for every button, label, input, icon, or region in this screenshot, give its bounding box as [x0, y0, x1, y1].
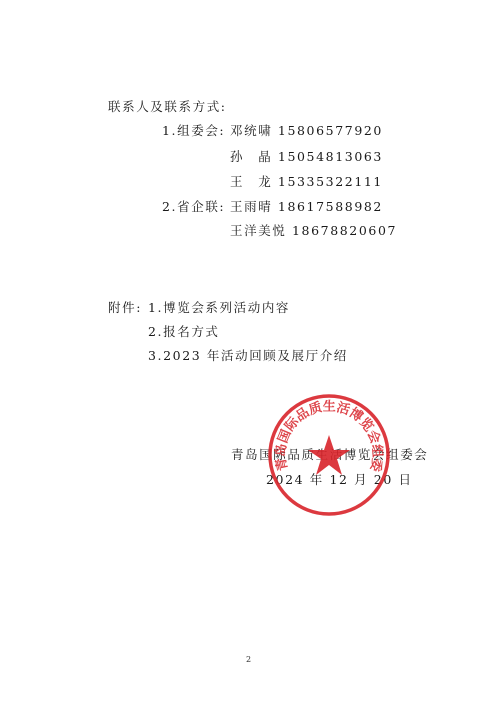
page-number: 2 — [246, 655, 251, 664]
contact-name: 王 龙 — [230, 174, 272, 189]
contact-phone: 15054813063 — [278, 149, 383, 164]
contact-entry: 王洋美悦 18678820607 — [230, 223, 397, 239]
contact-entry: 孙 晶 15054813063 — [230, 149, 383, 165]
contact-entry: 邓统啸 15806577920 — [230, 123, 383, 139]
contact-phone: 15335322111 — [278, 174, 383, 189]
contact-entry: 王雨晴 18617588982 — [230, 199, 383, 215]
contact-phone: 18617588982 — [278, 199, 383, 214]
attachment-item: 3.2023 年活动回顾及展厅介绍 — [148, 348, 348, 364]
contact-phone: 18678820607 — [292, 223, 397, 238]
official-seal-icon: 青岛国际品质生活博览会组委会 — [267, 393, 391, 517]
attachment-item: 1.博览会系列活动内容 — [148, 300, 290, 316]
contacts-heading: 联系人及联系方式: — [108, 99, 227, 115]
contact-name: 孙 晶 — [230, 149, 272, 164]
contact-name: 王雨晴 — [230, 199, 272, 214]
attachment-item: 2.报名方式 — [148, 324, 220, 340]
contact-name: 王洋美悦 — [230, 223, 286, 238]
group-label: 2.省企联: — [162, 199, 225, 215]
attachments-label: 附件: — [108, 300, 142, 316]
contact-entry: 王 龙 15335322111 — [230, 174, 383, 190]
contact-phone: 15806577920 — [278, 123, 383, 138]
contact-name: 邓统啸 — [230, 123, 272, 138]
group-label: 1.组委会: — [162, 123, 225, 139]
